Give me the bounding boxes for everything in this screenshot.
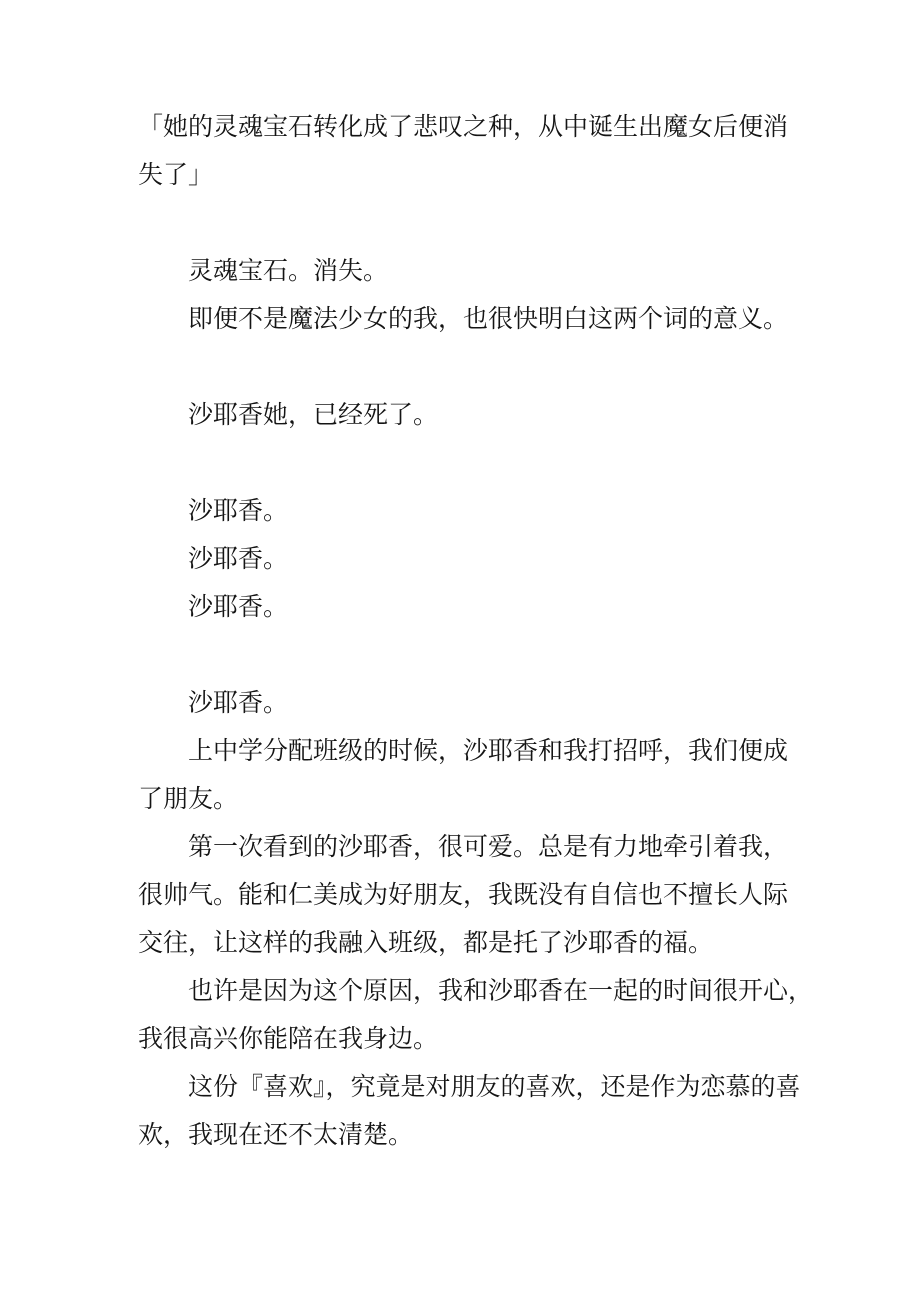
paragraph: 这份『喜欢』，究竟是对朋友的喜欢，还是作为恋慕的喜欢，我现在还不太清楚。 bbox=[138, 1063, 792, 1159]
paragraph: 第一次看到的沙耶香，很可爱。总是有力地牵引着我，很帅气。能和仁美成为好朋友，我既… bbox=[138, 823, 792, 967]
text-line: 失了」 bbox=[138, 151, 792, 199]
paragraph: 也许是因为这个原因，我和沙耶香在一起的时间很开心，我很高兴你能陪在我身边。 bbox=[138, 967, 792, 1063]
text-line: 沙耶香她，已经死了。 bbox=[138, 391, 792, 439]
text-line: 也许是因为这个原因，我和沙耶香在一起的时间很开心， bbox=[138, 967, 792, 1015]
paragraph: 即便不是魔法少女的我，也很快明白这两个词的意义。 bbox=[138, 295, 792, 343]
text-line: 这份『喜欢』，究竟是对朋友的喜欢，还是作为恋慕的喜 bbox=[138, 1063, 792, 1111]
text-line: 欢，我现在还不太清楚。 bbox=[138, 1111, 792, 1159]
paragraph: 沙耶香她，已经死了。 bbox=[138, 391, 792, 439]
paragraph: 沙耶香。 bbox=[138, 679, 792, 727]
text-line: 沙耶香。 bbox=[138, 679, 792, 727]
text-line: 灵魂宝石。消失。 bbox=[138, 247, 792, 295]
text-line: 上中学分配班级的时候，沙耶香和我打招呼，我们便成 bbox=[138, 727, 792, 775]
paragraph: 灵魂宝石。消失。 bbox=[138, 247, 792, 295]
text-line: 很帅气。能和仁美成为好朋友，我既没有自信也不擅长人际 bbox=[138, 871, 792, 919]
paragraph: 上中学分配班级的时候，沙耶香和我打招呼，我们便成了朋友。 bbox=[138, 727, 792, 823]
paragraph: 「她的灵魂宝石转化成了悲叹之种，从中诞生出魔女后便消失了」 bbox=[138, 103, 792, 199]
text-line: 我很高兴你能陪在我身边。 bbox=[138, 1015, 792, 1063]
text-content: 「她的灵魂宝石转化成了悲叹之种，从中诞生出魔女后便消失了」灵魂宝石。消失。即便不… bbox=[138, 103, 792, 1159]
text-line: 沙耶香。 bbox=[138, 487, 792, 535]
paragraph: 沙耶香。 bbox=[138, 487, 792, 535]
text-line: 沙耶香。 bbox=[138, 583, 792, 631]
paragraph: 沙耶香。 bbox=[138, 583, 792, 631]
text-line: 了朋友。 bbox=[138, 775, 792, 823]
paragraph: 沙耶香。 bbox=[138, 535, 792, 583]
text-line: 沙耶香。 bbox=[138, 535, 792, 583]
text-line: 「她的灵魂宝石转化成了悲叹之种，从中诞生出魔女后便消 bbox=[138, 103, 792, 151]
document-page: 「她的灵魂宝石转化成了悲叹之种，从中诞生出魔女后便消失了」灵魂宝石。消失。即便不… bbox=[0, 0, 917, 1297]
text-line: 即便不是魔法少女的我，也很快明白这两个词的意义。 bbox=[138, 295, 792, 343]
text-line: 交往，让这样的我融入班级，都是托了沙耶香的福。 bbox=[138, 919, 792, 967]
text-line: 第一次看到的沙耶香，很可爱。总是有力地牵引着我， bbox=[138, 823, 792, 871]
